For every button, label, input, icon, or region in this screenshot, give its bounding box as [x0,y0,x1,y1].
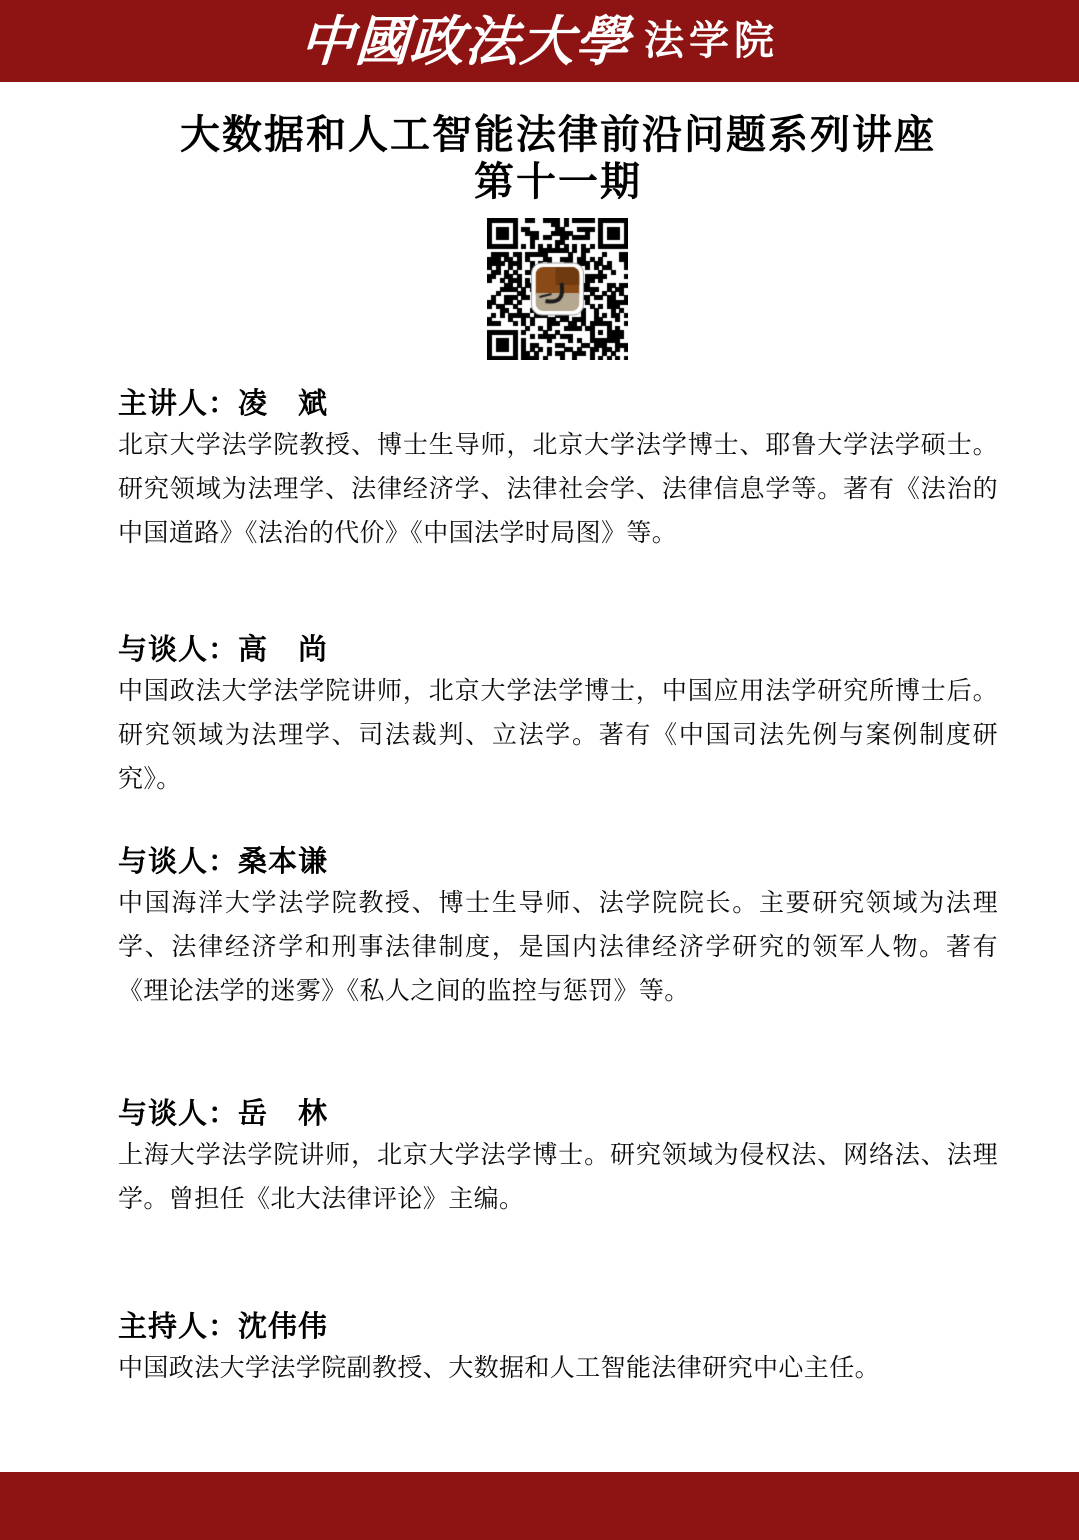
qr-code [487,218,628,360]
speaker-heading: 主讲人：凌 斌 [118,390,998,419]
lecture-session-number: 第十一期 [118,159,998,206]
speaker-bio: 上海大学法学院讲师，北京大学法学博士。研究领域为侵权法、网络法、法理学。曾担任《… [118,1134,998,1222]
speaker-heading: 主持人：沈伟伟 [118,1313,998,1342]
speaker-heading: 与谈人：桑本谦 [118,848,998,877]
speaker-bio: 北京大学法学院教授、博士生导师，北京大学法学博士、耶鲁大学法学硕士。研究领域为法… [118,424,998,556]
speaker-heading: 与谈人：高 尚 [118,636,998,665]
speaker-section: 主讲人：凌 斌 北京大学法学院教授、博士生导师，北京大学法学博士、耶鲁大学法学硕… [118,390,998,556]
speaker-section: 与谈人：高 尚 中国政法大学法学院讲师，北京大学法学博士，中国应用法学研究所博士… [118,636,998,802]
speaker-bio: 中国海洋大学法学院教授、博士生导师、法学院院长。主要研究领域为法理学、法律经济学… [118,882,998,1014]
university-logo-school: 法学院 [644,0,779,82]
title-block: 大数据和人工智能法律前沿问题系列讲座 第十一期 [118,112,998,206]
qr-code-image [487,218,628,360]
speaker-bio: 中国政法大学法学院讲师，北京大学法学博士，中国应用法学研究所博士后。研究领域为法… [118,670,998,802]
footer-band [0,1472,1079,1540]
lecture-series-title: 大数据和人工智能法律前沿问题系列讲座 [118,112,998,159]
speaker-section: 主持人：沈伟伟 中国政法大学法学院副教授、大数据和人工智能法律研究中心主任。 [118,1313,998,1391]
poster-page: 中國政法大學 法学院 大数据和人工智能法律前沿问题系列讲座 第十一期 主讲人：凌… [0,0,1079,1540]
speaker-bio: 中国政法大学法学院副教授、大数据和人工智能法律研究中心主任。 [118,1347,998,1391]
university-logo-calligraphy: 中國政法大學 [298,0,632,82]
speaker-section: 与谈人：岳 林 上海大学法学院讲师，北京大学法学博士。研究领域为侵权法、网络法、… [118,1100,998,1222]
university-logo: 中國政法大學 法学院 [0,0,1079,82]
speaker-heading: 与谈人：岳 林 [118,1100,998,1129]
speaker-section: 与谈人：桑本谦 中国海洋大学法学院教授、博士生导师、法学院院长。主要研究领域为法… [118,848,998,1014]
